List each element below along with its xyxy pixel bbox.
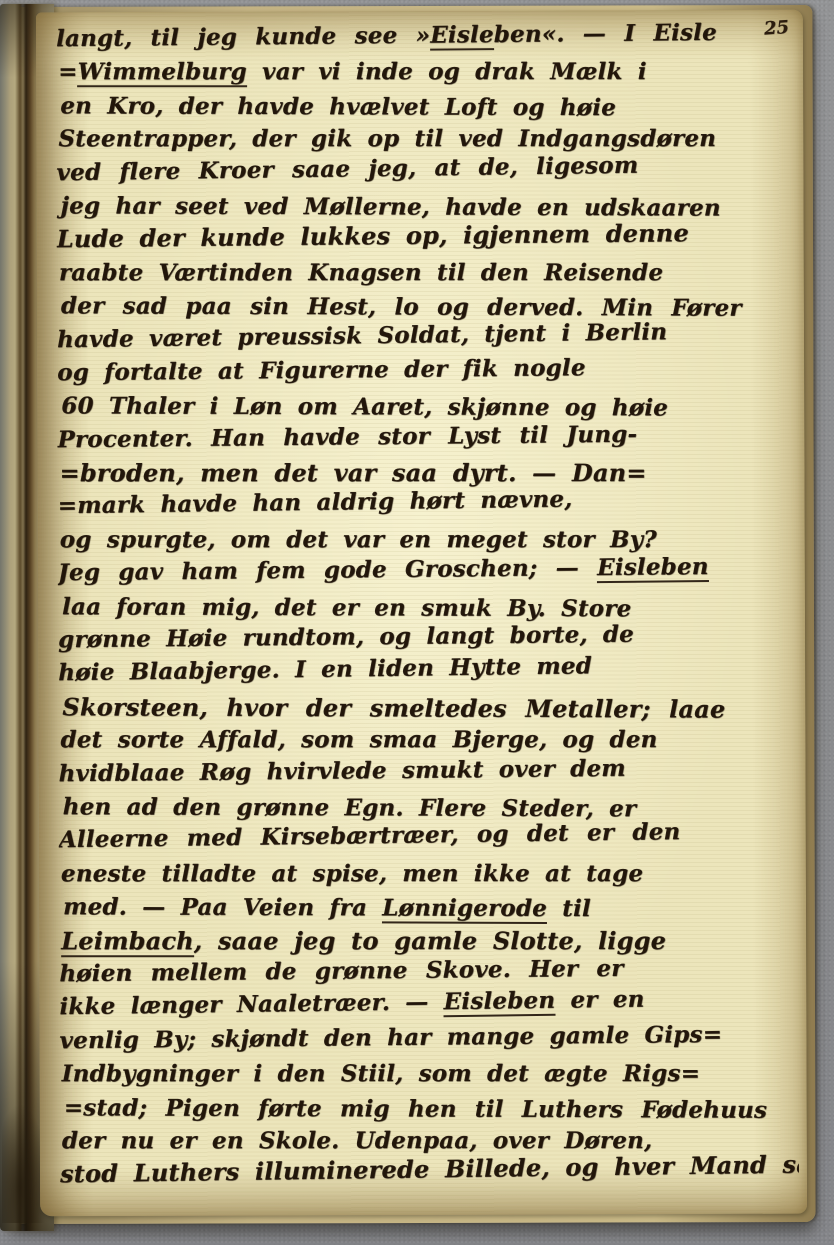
manuscript-line: Skorsteen, hvor der smeltedes Metaller; … xyxy=(62,690,799,726)
manuscript-page: 25 langt, til jeg kunde see »Eisleben«. … xyxy=(36,10,807,1217)
manuscript-text: langt, til jeg kunde see »Eisleben«. — I… xyxy=(56,20,799,1211)
manuscript-line: Procenter. Han havde stor Lyst til Jung- xyxy=(57,416,796,456)
manuscript-line: langt, til jeg kunde see »Eisleben«. — I… xyxy=(56,20,795,56)
underlined-place-name: Leimbach xyxy=(61,926,194,957)
manuscript-line: raabte Værtinden Knagsen til den Reisend… xyxy=(59,256,798,290)
manuscript-line: Lude der kunde lukkes op, igjennem denne xyxy=(57,216,796,256)
photo-background: 25 langt, til jeg kunde see »Eisleben«. … xyxy=(0,0,834,1245)
manuscript-line: =stad; Pigen førte mig hen til Luthers F… xyxy=(64,1091,799,1127)
manuscript-line: Indbygninger i den Stiil, som det ægte R… xyxy=(62,1057,799,1091)
underlined-place-name: Eisleben xyxy=(443,987,555,1017)
underlined-place-name: Lønnigerode xyxy=(382,895,547,925)
manuscript-line: =Wimmelburg var vi inde og drak Mælk i xyxy=(58,55,797,89)
underlined-place-name: Eisleben xyxy=(597,553,709,583)
manuscript-line: hvidblaae Røg hvirvlede smukt over dem xyxy=(58,750,797,790)
manuscript-line: med. — Paa Veien fra Lønnigerode til xyxy=(63,890,799,926)
manuscript-line: Jeg gav ham fem gode Groschen; — Eislebe… xyxy=(58,549,797,589)
underlined-place-name: Wimmelburg xyxy=(78,59,247,88)
manuscript-line: og fortalte at Figurerne der fik nogle xyxy=(57,349,796,389)
manuscript-line: en Kro, der havde hvælvet Loft og høie xyxy=(60,89,799,125)
manuscript-line: venlig By; skjøndt den har mange gamle G… xyxy=(59,1017,798,1057)
underlined-place-name: Eisle xyxy=(430,21,494,51)
manuscript-line: eneste tilladte at spise, men ikke at ta… xyxy=(61,857,799,891)
